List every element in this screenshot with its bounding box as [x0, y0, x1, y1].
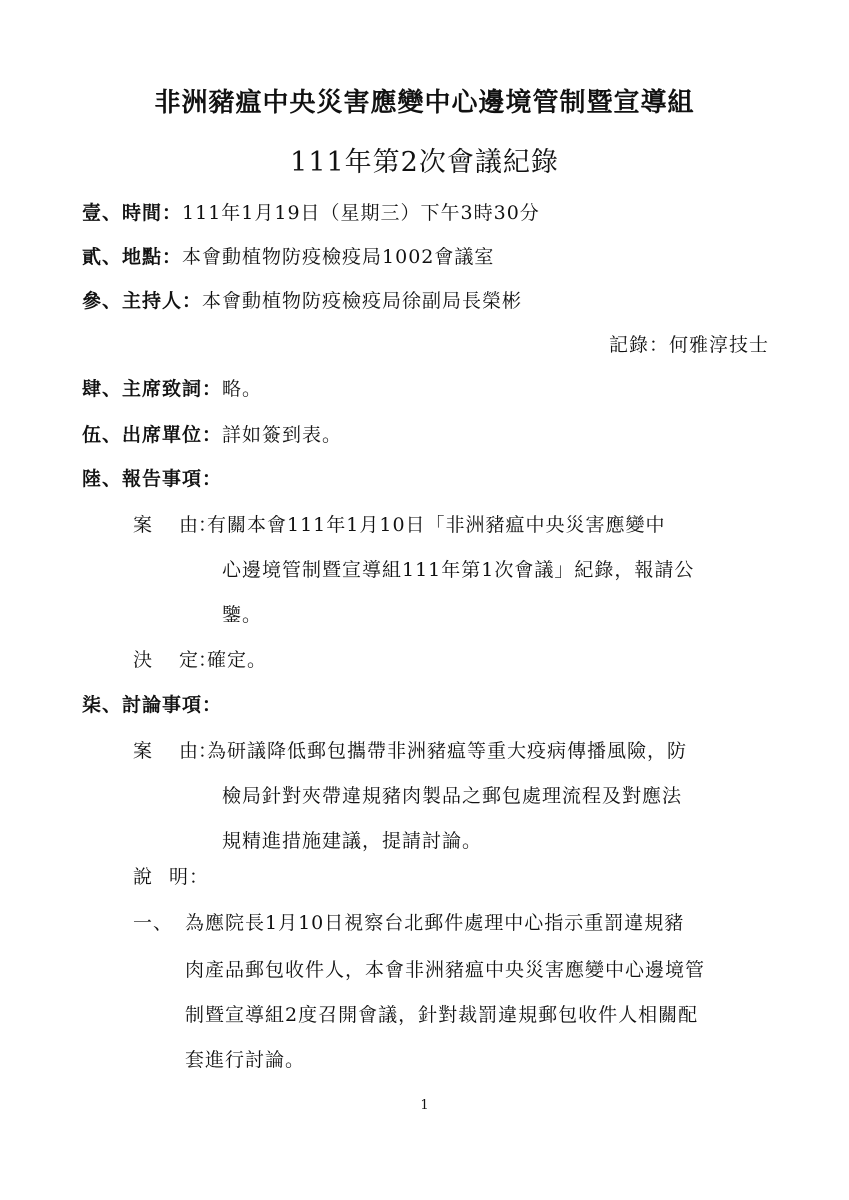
label-char: 明：: [169, 866, 209, 888]
section-value: 本會動植物防疫檢疫局1002會議室: [182, 246, 494, 268]
case-label: 案由：: [133, 736, 207, 763]
decision-value: 確定。: [207, 649, 267, 671]
section-label: 參、主持人：: [82, 290, 202, 312]
item-number: 一、: [133, 908, 185, 935]
section-value: 111年1月19日（星期三）下午3時30分: [182, 202, 540, 224]
page-number: 1: [0, 1098, 849, 1113]
item-text-line: 肉產品郵包收件人，本會非洲豬瘟中央災害應變中心邊境管: [185, 955, 705, 982]
section-chair-remarks: 肆、主席致詞：略。: [82, 374, 262, 401]
item-text-line: 為應院長1月10日視察台北郵件處理中心指示重罰違規豬: [185, 912, 684, 934]
case-text-line: 規精進措施建議，提請討論。: [222, 826, 482, 853]
label-char: 決: [133, 645, 179, 672]
item-text-line: 套進行討論。: [185, 1045, 305, 1072]
case-text-line: 檢局針對夾帶違規豬肉製品之郵包處理流程及對應法: [222, 781, 682, 808]
section-report-heading: 陸、報告事項：: [82, 464, 222, 491]
section-label: 壹、時間：: [82, 202, 182, 224]
section-chair: 參、主持人：本會動植物防疫檢疫局徐副局長榮彬: [82, 286, 522, 313]
recorder: 記錄：何雅淳技士: [609, 330, 769, 357]
case-text-line: 為研議降低郵包攜帶非洲豬瘟等重大疫病傳播風險，防: [207, 740, 687, 762]
section-value: 詳如簽到表。: [222, 424, 342, 446]
section-attendance: 伍、出席單位：詳如簽到表。: [82, 420, 342, 447]
discussion-case: 案由：為研議降低郵包攜帶非洲豬瘟等重大疫病傳播風險，防: [133, 736, 687, 763]
document-title: 非洲豬瘟中央災害應變中心邊境管制暨宣導組: [0, 82, 849, 119]
label-char: 案: [133, 510, 179, 537]
section-place: 貳、地點：本會動植物防疫檢疫局1002會議室: [82, 242, 494, 269]
section-label: 肆、主席致詞：: [82, 378, 222, 400]
label-char: 說: [133, 862, 169, 889]
discussion-explain-label: 說明：: [133, 862, 209, 889]
case-text-line: 有關本會111年1月10日「非洲豬瘟中央災害應變中: [207, 514, 666, 536]
section-value: 本會動植物防疫檢疫局徐副局長榮彬: [202, 290, 522, 312]
case-text-line: 心邊境管制暨宣導組111年第1次會議」紀錄，報請公: [222, 555, 694, 582]
section-label: 伍、出席單位：: [82, 424, 222, 446]
section-value: 略。: [222, 378, 262, 400]
case-text-line: 鑒。: [222, 600, 262, 627]
item-text-line: 制暨宣導組2度召開會議，針對裁罰違規郵包收件人相關配: [185, 1000, 698, 1027]
section-time: 壹、時間：111年1月19日（星期三）下午3時30分: [82, 198, 540, 225]
case-label: 案由：: [133, 510, 207, 537]
report-decision: 決定：確定。: [133, 645, 267, 672]
document-page: 非洲豬瘟中央災害應變中心邊境管制暨宣導組 111年第2次會議紀錄 壹、時間：11…: [0, 0, 849, 1200]
section-label: 貳、地點：: [82, 246, 182, 268]
explain-item-1: 一、為應院長1月10日視察台北郵件處理中心指示重罰違規豬: [133, 908, 684, 935]
document-subtitle: 111年第2次會議紀錄: [0, 140, 849, 179]
decision-label: 決定：: [133, 645, 207, 672]
section-discussion-heading: 柒、討論事項：: [82, 690, 222, 717]
report-case: 案由：有關本會111年1月10日「非洲豬瘟中央災害應變中: [133, 510, 666, 537]
label-char: 案: [133, 736, 179, 763]
